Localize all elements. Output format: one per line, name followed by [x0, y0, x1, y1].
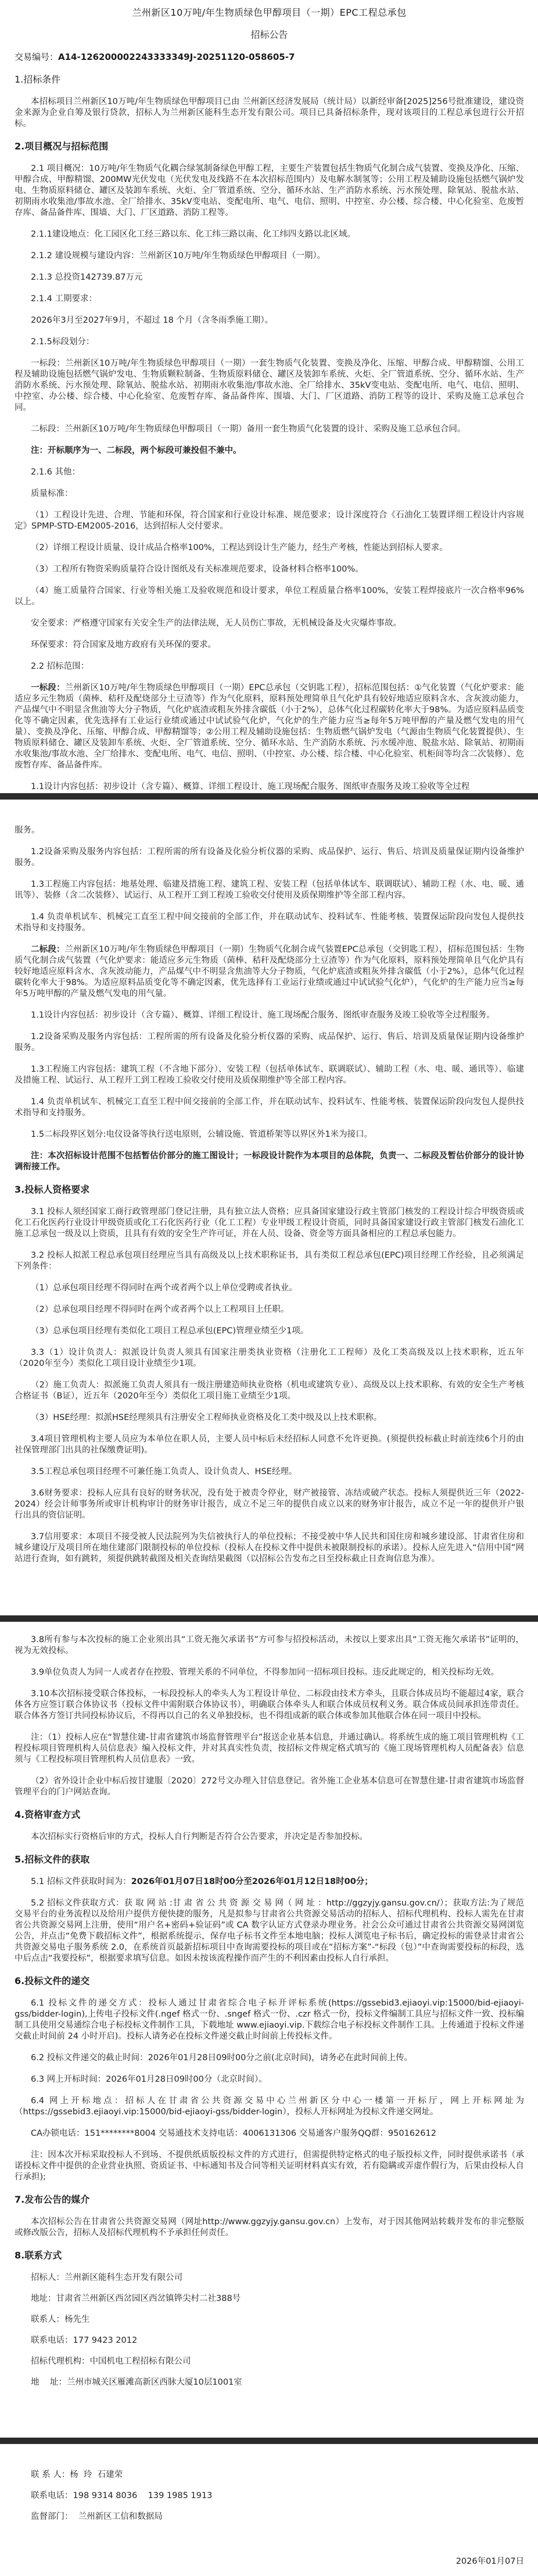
paragraph: （1）总承包项目经理不得同时在两个或者两个以上单位受聘或者执业。 [15, 1283, 524, 1294]
paragraph: 1.2设备采购及服务内容包括：工程所需的所有设备及化验分析仪器的采购、成品保护、… [15, 1032, 524, 1054]
paragraph: 2.1.5标段划分： [15, 337, 524, 348]
paragraph: 一标段：兰州新区10万吨/年生物质绿色甲醇项目（一期）EPC总承包（交钥匙工程）… [15, 683, 524, 771]
paragraph: 2.1.6 其他： [15, 467, 524, 478]
paragraph: 3.6财务要求：投标人应具有良好的财务状况，没有处于被责令停业，财产被接管、冻结… [15, 1488, 524, 1521]
lot-scope-text: 兰州新区10万吨/年生物质绿色甲醇项目（一期）EPC总承包（交钥匙工程），招标范… [15, 683, 524, 770]
paragraph: 本次招标实行资格后审的方式，投标人自行判断是否符合公告要求，并决定是否参加投标。 [15, 1832, 524, 1843]
paragraph: 1.1设计内容包括：初步设计（含专篇）、概算、详细工程设计、施工现场配合服务、图… [15, 1010, 524, 1021]
paragraph: （4）施工质量符合国家、行业等相关施工及验收规范和设计要求，单位工程质量合格率1… [15, 586, 524, 608]
agent-contact: 联 系 人：杨 玲 石建荣 [15, 2470, 524, 2481]
paragraph: 3.7信用要求：本项目不接受被人民法院列为失信被执行人的单位投标；不接受被中华人… [15, 1532, 524, 1565]
paragraph: 注：（1）投标人应在“智慧住建-甘肃省建筑市场监督管理平台”报送企业基本信息，并… [15, 1732, 524, 1765]
agent-phone: 联系电话：198 9314 8036 139 1985 1913 [15, 2491, 524, 2502]
paragraph: 二标段：兰州新区10万吨/年生物质绿色甲醇项目（一期）备用一套生物质气化装置的设… [15, 424, 524, 435]
paragraph: 5.2 招标文件获取方式：获 取 网 站 :甘 肃 省 公 共 资 源 交 易 … [15, 1898, 524, 1964]
document-page-2: 服务。 1.2设备采购及服务内容包括：工程所需的所有设备及化验分析仪器的采购、成… [0, 800, 538, 1615]
tenderer-address: 地址：甘肃省兰州新区西岔园区西岔镇铧尖村二社388号 [15, 2293, 524, 2304]
paragraph: 1.1设计内容包括：初步设计（含专篇）、概算、详细工程设计、施工现场配合服务、图… [15, 782, 524, 793]
acquisition-time-label: 5.1 招标文件获取时间为： [31, 1877, 131, 1886]
lot-label: 二标段： [31, 945, 65, 954]
agent-address: 地 址：兰州市城关区雁滩高新区西脉大厦10层1001室 [15, 2377, 524, 2388]
section-heading-2: 2.项目概况与招标范围 [15, 140, 524, 153]
paragraph: 环保要求：符合国家及地方政府有关环保的要求。 [15, 640, 524, 651]
paragraph: 1.4 负责单机试车、机械完工直至工程中间交接前的全部工作，并在联动试车、投料试… [15, 1097, 524, 1119]
paragraph: 3.3（1）设计负责人：拟派设计负责人须具有国家注册类执业资格（注册化工工程师）… [15, 1347, 524, 1369]
paragraph: （1）工程设计先进、合理、节能和环保，符合国家和行业设计标准、规范要求；设计深度… [15, 510, 524, 532]
transaction-number: 交易编号：A14-126200002243333349J-20251120-05… [15, 51, 524, 63]
document-page-4: 联 系 人：杨 玲 石建荣 联系电话：198 9314 8036 139 198… [0, 2444, 538, 2576]
paragraph: （2）省外设计企业中标后按甘建服〔2020〕272号文办理入甘信息登记。省外施工… [15, 1776, 524, 1798]
paragraph: （3）HSE经理：拟派HSE经理须具有注册安全工程师执业资格及化工类中级及以上技… [15, 1412, 524, 1423]
paragraph: （2）详细工程设计质量、设计成品合格率100%，工程达到设计生产能力，经生产考核… [15, 543, 524, 554]
paragraph: 3.4项目管理机构主要人员应为本单位在职人员，主要人员中标后未经招标人同意不允许… [15, 1434, 524, 1456]
paragraph: 5.1 招标文件获取时间为：2026年01月07日18时00分至2026年01月… [15, 1876, 524, 1888]
section-heading-4: 4.资格审查方式 [15, 1808, 524, 1821]
tenderer-contact: 联系人：杨先生 [15, 2314, 524, 2325]
paragraph: 服务。 [15, 825, 524, 836]
paragraph: （2）施工负责人：拟派施工负责人须具有一级注册建造师执业资格（机电或建筑专业）、… [15, 1380, 524, 1402]
tenderer-name: 招标人：兰州新区能科生态开发有限公司 [15, 2272, 524, 2284]
paragraph: 3.9单位负责人为同一人或者存在控股、管理关系的不同单位，不得参加同一招标项目投… [15, 1667, 524, 1678]
bold-note: 注：开标顺序为一、二标段，两个标段可兼投但不兼中。 [15, 445, 524, 456]
paragraph: （2）总承包项目经理不得同时在两个或者两个以上工程项目上任职。 [15, 1304, 524, 1315]
paragraph: 6.4 网上开标地点：招标人在甘肃省公共资源交易中心兰州新区分中心一楼第一开标厅… [15, 2096, 524, 2118]
paragraph: 2.1.2 建设规模与建设内容：兰州新区10万吨/年生物质绿色甲醇项目（一期）。 [15, 251, 524, 262]
paragraph: 1.2设备采购及服务内容包括：工程所需的所有设备及化验分析仪器的采购、成品保护、… [15, 847, 524, 869]
paragraph: （3）总承包项目经理有类似化工项目工程总承包(EPC)管理业绩至少1项。 [15, 1326, 524, 1337]
lot-label: 一标段： [31, 683, 65, 693]
issue-date: 2026年01月07日 [15, 2554, 524, 2567]
note-bold-text: 注：开标顺序为一、二标段，两个标段可兼投但不兼中。 [31, 446, 242, 455]
section-heading-1: 1.招标条件 [15, 73, 524, 86]
bold-note: 注：本次招标设计范围不包括暂估价部分的施工图设计；一标段设计院作为本项目的总体院… [15, 1151, 524, 1173]
paragraph: 质量标准： [15, 488, 524, 499]
transaction-number-label: 交易编号： [15, 52, 58, 62]
paragraph: 本招标项目兰州新区10万吨/年生物质绿色甲醇项目已由 兰州新区经济发展局（统计局… [15, 97, 524, 130]
paragraph: 3.8所有参与本次投标的施工企业须出具“工资无拖欠承诺书”方可参与招投标活动，未… [15, 1635, 524, 1657]
paragraph: 3.2 投标人拟派工程总承包项目经理应当具有高级及以上技术职称证书，具有类似工程… [15, 1250, 524, 1272]
paragraph: 2.1 项目概况：10万吨/年生物质气化耦合绿氢制备绿色甲醇工程，主要生产装置包… [15, 163, 524, 219]
paragraph: 2.2 招标范围： [15, 661, 524, 672]
contact-block: 招标人：兰州新区能科生态开发有限公司 地址：甘肃省兰州新区西岔园区西岔镇铧尖村二… [15, 2272, 524, 2388]
acquisition-time-value: 2026年01月07日18时00分至2026年01月12日18时00分； [131, 1877, 373, 1886]
paragraph: 2026年3月至2027年9月，不超过 18 个月（含冬雨季施工期）。 [15, 315, 524, 326]
document-page-3: 3.8所有参与本次投标的施工企业须出具“工资无拖欠承诺书”方可参与招投标活动，未… [0, 1622, 538, 2438]
section-heading-5: 5.招标文件的获取 [15, 1853, 524, 1866]
paragraph: CA办锁电话：151********8004 交易通技术支持电话：4006131… [15, 2128, 524, 2139]
paragraph: 一标段：兰州新区10万吨/年生物质绿色甲醇项目（一期）一套生物质气化装置、变换及… [15, 358, 524, 413]
paragraph: 3.10本次招标接受联合体投标，一标段投标人的牵头人为工程设计单位、二标段由技术… [15, 1689, 524, 1722]
paragraph: 1.3工程施工内容包括：建筑工程（不含地下部分）、安装工程（包括单体试车、联调联… [15, 1064, 524, 1086]
agent-name: 招标代理机构：中国机电工程招标有限公司 [15, 2356, 524, 2367]
section-heading-3: 3.投标人资格要求 [15, 1183, 524, 1196]
contact-block-continued: 联 系 人：杨 玲 石建荣 联系电话：198 9314 8036 139 198… [15, 2470, 524, 2523]
section-heading-6: 6.投标文件的递交 [15, 1975, 524, 1988]
paragraph: （3）工程所有物资采购质量符合设计图纸及有关标准规范要求，设备材料合格率100%… [15, 564, 524, 575]
paragraph: 二标段：兰州新区10万吨/年生物质绿色甲醇项目（一期）生物质气化制合成气装置EP… [15, 944, 524, 1000]
paragraph: 3.5工程总承包项目经理不可兼任施工负责人、设计负责人、HSE经理。 [15, 1467, 524, 1478]
lot-scope-text: 兰州新区10万吨/年生物质绿色甲醇项目（一期）生物质气化制合成气装置EPC总承包… [15, 945, 524, 998]
paragraph: 1.3工程施工内容包括：地基处理、临建及措施工程、建筑工程、安装工程（包括单体试… [15, 879, 524, 901]
paragraph: 1.5二标段界区划分:电仪设备等执行送电原则，公辅设施、管道桥架等以界区外1米为… [15, 1129, 524, 1140]
paragraph: 1.4 负责单机试车、机械完工直至工程中间交接前的全部工作，并在联动试车、投料试… [15, 912, 524, 934]
document-page-1: 兰州新区10万吨/年生物质绿色甲醇项目（一期）EPC工程总承包 招标公告 交易编… [0, 0, 538, 793]
supervisor: 监督部门： 兰州新区工信和数据局 [15, 2511, 524, 2523]
section-heading-7: 7.发布公告的媒介 [15, 2193, 524, 2206]
paragraph: 2.1.1建设地点：化工园区化工经三路以东、化工纬三路以南、化工纬四支路以北区域… [15, 229, 524, 240]
paragraph: 本次招标公告在甘肃省公共资源交易网（网址http://www.ggzyjy.ga… [15, 2217, 524, 2239]
paragraph: 6.2 投标文件递交的截止时间：2026年01月28日09时00分之前(北京时间… [15, 2053, 524, 2064]
page-separator [0, 2438, 538, 2444]
paragraph: 3.1 投标人须经国家工商行政管理部门登记注册，具有独立法人资格；应具备国家建设… [15, 1207, 524, 1240]
document-subtitle: 招标公告 [15, 29, 524, 41]
page-separator [0, 1615, 538, 1622]
paragraph: 6.1 投标文件的递交方式：投标人通过甘肃省综合电子标开评标系统(https:/… [15, 1998, 524, 2042]
paragraph: 2.1.3 总投资142739.87万元 [15, 272, 524, 283]
paragraph: 注：因本次开标采取投标人不到场、不提供纸质版投标文件的方式进行，但需提供特定格式… [15, 2150, 524, 2183]
page-separator [0, 793, 538, 800]
document-title: 兰州新区10万吨/年生物质绿色甲醇项目（一期）EPC工程总承包 [15, 7, 524, 19]
section-heading-8: 8.联系方式 [15, 2249, 524, 2262]
transaction-number-value: A14-126200002243333349J-20251120-058605-… [58, 52, 295, 62]
tenderer-phone: 联系电话：177 9423 2012 [15, 2335, 524, 2346]
paragraph: 2.1.4 工期要求： [15, 294, 524, 305]
paragraph: 6.3 网上开标时间：2026年01月28日09时00分（北京时间）。 [15, 2074, 524, 2085]
paragraph: 安全要求：严格遵守国家有关安全生产的法律法规，无人员伤亡事故，无机械设备及火灾爆… [15, 618, 524, 629]
note-bold-text: 注：本次招标设计范围不包括暂估价部分的施工图设计；一标段设计院作为本项目的总体院… [15, 1151, 524, 1172]
